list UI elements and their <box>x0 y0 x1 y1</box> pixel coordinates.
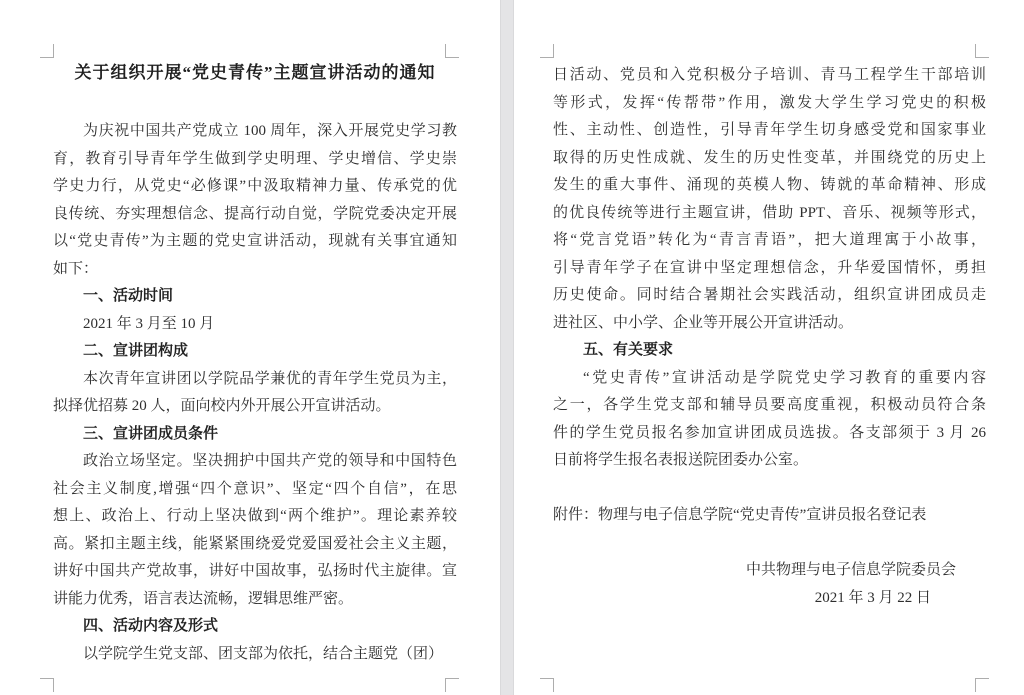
text-line: 拟择优招募 20 人，面向校内外开展公开宣讲活动。 <box>53 393 457 421</box>
margin-corner-mark <box>540 44 554 58</box>
text-line: 育，教育引导青年学生做到学史明理、学史增信、学史崇德、 <box>53 146 457 174</box>
text-line: 附件：物理与电子信息学院“党史青传”宣讲员报名登记表 <box>553 502 986 530</box>
text-line: 以“党史青传”为主题的党史宣讲活动，现就有关事宜通知 <box>53 228 457 256</box>
page-2-text-column: 日活动、党员和入党积极分子培训、青马工程学生干部培训等形式，发挥“传帮带”作用，… <box>553 62 986 612</box>
text-line: 高。紧扣主题主线，能紧紧围绕爱党爱国爱社会主义主题， <box>53 531 457 559</box>
text-line: 发生的重大事件、涌现的英模人物、铸就的革命精神、形成 <box>553 172 986 200</box>
margin-corner-mark <box>445 44 459 58</box>
text-line: 如下： <box>53 256 457 284</box>
margin-corner-mark <box>540 678 554 692</box>
text-line: 性、主动性、创造性，引导青年学生切身感受党和国家事业 <box>553 117 986 145</box>
text-line: 日活动、党员和入党积极分子培训、青马工程学生干部培训 <box>553 62 986 90</box>
text-line: 本次青年宣讲团以学院品学兼优的青年学生党员为主， <box>53 366 457 394</box>
text-line: 之一，各学生党支部和辅导员要高度重视，积极动员符合条 <box>553 392 986 420</box>
document-page-2: 日活动、党员和入党积极分子培训、青马工程学生干部培训等形式，发挥“传帮带”作用，… <box>514 0 1024 695</box>
text-line: 将“党言党语”转化为“青言青语”，把大道理寓于小故事， <box>553 227 986 255</box>
margin-corner-mark <box>975 678 989 692</box>
margin-corner-mark <box>40 44 54 58</box>
text-line: 二、宣讲团构成 <box>53 338 457 366</box>
text-line: 讲好中国共产党故事，讲好中国故事，弘扬时代主旋律。宣 <box>53 558 457 586</box>
text-line: 一、活动时间 <box>53 283 457 311</box>
text-line: 政治立场坚定。坚决拥护中国共产党的领导和中国特色 <box>53 448 457 476</box>
text-line: 三、宣讲团成员条件 <box>53 421 457 449</box>
text-line: 的优良传统等进行主题宣讲，借助 PPT、音乐、视频等形式， <box>553 200 986 228</box>
margin-corner-mark <box>40 678 54 692</box>
text-line: 取得的历史性成就、发生的历史性变革，并围绕党的历史上 <box>553 145 986 173</box>
page-1-text-column: 为庆祝中国共产党成立 100 周年，深入开展党史学习教育，教育引导青年学生做到学… <box>53 118 457 668</box>
text-line: 日前将学生报名表报送院团委办公室。 <box>553 447 986 475</box>
text-line: 2021 年 3 月至 10 月 <box>53 311 457 339</box>
text-line: 社会主义制度,增强“四个意识”、坚定“四个自信”，在思 <box>53 476 457 504</box>
text-line: 件的学生党员报名参加宣讲团成员选拔。各支部须于 3 月 26 <box>553 420 986 448</box>
text-line: 学史力行，从党史“必修课”中汲取精神力量、传承党的优 <box>53 173 457 201</box>
text-line: 等形式，发挥“传帮带”作用，激发大学生学习党史的积极 <box>553 90 986 118</box>
document-title: 关于组织开展“党史青传”主题宣讲活动的通知 <box>53 58 457 88</box>
text-line: 四、活动内容及形式 <box>53 613 457 641</box>
page-gap-divider <box>500 0 514 695</box>
document-canvas: { "document": { "title": "关于组织开展“党史青传”主题… <box>0 0 1024 695</box>
text-line: 讲能力优秀，语言表达流畅，逻辑思维严密。 <box>53 586 457 614</box>
text-line <box>553 530 986 558</box>
text-line: 中共物理与电子信息学院委员会 <box>553 557 986 585</box>
margin-corner-mark <box>975 44 989 58</box>
text-line: 2021 年 3 月 22 日 <box>553 585 986 613</box>
text-line: 进社区、中小学、企业等开展公开宣讲活动。 <box>553 310 986 338</box>
margin-corner-mark <box>445 678 459 692</box>
text-line: 为庆祝中国共产党成立 100 周年，深入开展党史学习教 <box>53 118 457 146</box>
text-line <box>553 475 986 503</box>
text-line: 历史使命。同时结合暑期社会实践活动，组织宣讲团成员走 <box>553 282 986 310</box>
text-line: 五、有关要求 <box>553 337 986 365</box>
document-page-1: 关于组织开展“党史青传”主题宣讲活动的通知 为庆祝中国共产党成立 100 周年，… <box>0 0 500 695</box>
text-line: 引导青年学子在宣讲中坚定理想信念，升华爱国情怀，勇担 <box>553 255 986 283</box>
text-line: 想上、政治上、行动上坚决做到“两个维护”。理论素养较 <box>53 503 457 531</box>
text-line: “党史青传”宣讲活动是学院党史学习教育的重要内容 <box>553 365 986 393</box>
text-line: 以学院学生党支部、团支部为依托，结合主题党（团） <box>53 641 457 669</box>
text-line: 良传统、夯实理想信念、提高行动自觉，学院党委决定开展 <box>53 201 457 229</box>
